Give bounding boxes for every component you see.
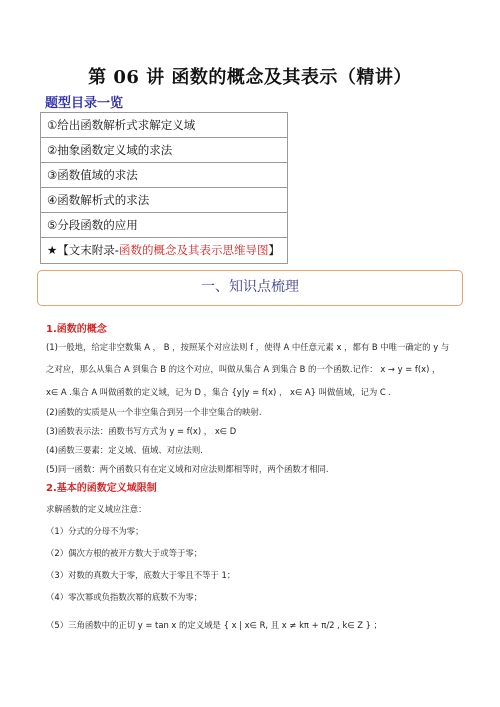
part2-item-4: （4）零次幂或负指数次幂的底数不为零； [46,592,202,603]
toc-item-2[interactable]: ②抽象函数定义域的求法 [41,138,287,163]
part2-item-3: （3）对数的真数大于零，底数大于零且不等于 1； [46,570,235,581]
section-title-box: 一、知识点梳理 [37,270,463,306]
toc-item-3[interactable]: ③函数值域的求法 [41,163,287,188]
part2-item-1: （1）分式的分母不为零； [46,526,143,537]
toc-item-5[interactable]: ⑤分段函数的应用 [41,213,287,238]
toc-item-appendix[interactable]: ★【文末附录-函数的概念及其表示思维导图】 [41,238,287,263]
part1-line-2: 之对应，那么从集合 A 到集合 B 的这个对应，叫做从集合 A 到集合 B 的一… [46,364,440,375]
part1-line-1: (1)一般地，给定非空数集 A ， B ，按照某个对应法则 f ，使得 A 中任… [46,342,449,353]
part1-line-4: (2)函数的实质是从一个非空集合到另一个非空集合的映射. [46,407,262,418]
part2-item-2: （2）偶次方根的被开方数大于或等于零； [46,548,202,559]
part2-item-5: （5）三角函数中的正切 y = tan x 的定义域是 { x | x∈ R, … [46,620,382,631]
toc-heading: 题型目录一览 [45,92,123,111]
part2-heading: 2.基本的函数定义域限制 [46,481,157,497]
appendix-prefix: ★【文末附录- [47,243,119,257]
part1-line-6: (4)函数三要素：定义域、值域、对应法则. [46,445,203,456]
part1-heading: 1.函数的概念 [46,322,107,338]
toc-table: ①给出函数解析式求解定义域 ②抽象函数定义域的求法 ③函数值域的求法 ④函数解析… [40,112,288,264]
appendix-highlight: 函数的概念及其表示思维导图 [119,243,269,257]
part1-line-5: (3)函数表示法：函数书写方式为 y = f(x) ， x∈ D [46,426,236,437]
appendix-suffix: 】 [268,243,280,257]
part1-line-7: (5)同一函数：两个函数只有在定义域和对应法则都相等时，两个函数才相同. [46,464,329,475]
part1-line-3: x∈ A .集合 A 叫做函数的定义域，记为 D ，集合 {y|y = f(x)… [46,387,391,398]
toc-item-4[interactable]: ④函数解析式的求法 [41,188,287,213]
part2-intro: 求解函数的定义域应注意： [46,504,147,515]
toc-item-1[interactable]: ①给出函数解析式求解定义域 [41,113,287,138]
page-title: 第 06 讲 函数的概念及其表示（精讲） [0,63,500,89]
section-title: 一、知识点梳理 [201,279,299,295]
